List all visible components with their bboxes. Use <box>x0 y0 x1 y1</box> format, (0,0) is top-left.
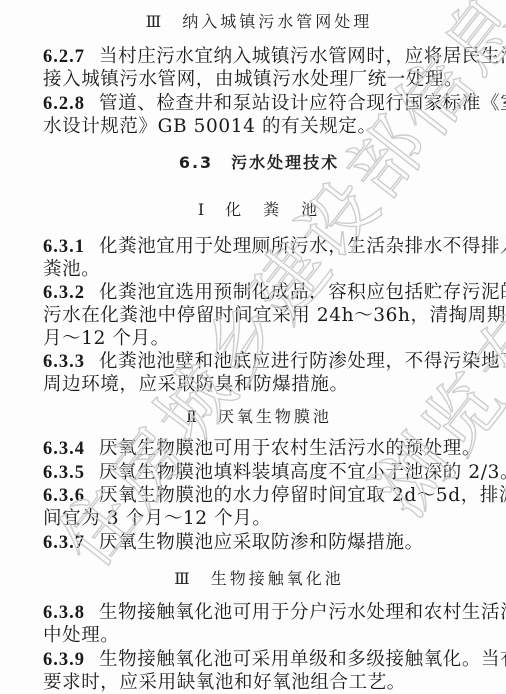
subsection-heading-iii-sewer: Ⅲ纳入城镇污水管网处理 <box>43 9 475 32</box>
clause-6-3-3-line1: 6.3.3化粪池池壁和池底应进行防渗处理，不得污染地下水和 <box>43 350 475 374</box>
clause-6-3-8-line2: 中处理。 <box>43 624 475 647</box>
clause-text: 厌氧生物膜池填料装填高度不宜小于池深的 2/3。 <box>99 462 506 483</box>
clause-6-3-5: 6.3.5厌氧生物膜池填料装填高度不宜小于池深的 2/3。 <box>43 461 475 485</box>
subsection-number: Ⅲ <box>146 12 164 31</box>
subsection-title: 生物接触氧化池 <box>211 569 344 588</box>
clause-6-3-6-line1: 6.3.6厌氧生物膜池的水力停留时间宜取 2d～5d，排泥间隔时 <box>43 484 475 508</box>
subsection-title: 厌氧生物膜池 <box>218 407 332 426</box>
clause-6-2-7-line2: 接入城镇污水管网，由城镇污水处理厂统一处理。 <box>43 68 475 91</box>
subsection-heading-iii-contact-oxidation: Ⅲ生物接触氧化池 <box>43 566 475 589</box>
clause-text: 当村庄污水宜纳入城镇污水管网时，应将居民生活污水 <box>99 46 506 67</box>
clause-6-3-1-line1: 6.3.1化粪池宜用于处理厕所污水，生活杂排水不得排入化 <box>43 235 475 259</box>
section-title: 污水处理技术 <box>231 153 339 172</box>
clause-6-3-7: 6.3.7厌氧生物膜池应采取防渗和防爆措施。 <box>43 531 475 555</box>
clause-text: 生物接触氧化池可采用单级和多级接触氧化。当有脱氮 <box>99 649 506 670</box>
clause-text: 厌氧生物膜池可用于农村生活污水的预处理。 <box>99 438 481 459</box>
clause-number: 6.3.5 <box>43 463 85 483</box>
subsection-heading-i-septic: Ⅰ化 粪 池 <box>43 197 475 220</box>
clause-6-3-8-line1: 6.3.8生物接触氧化池可用于分户污水处理和农村生活污水集 <box>43 601 475 625</box>
clause-number: 6.2.7 <box>43 47 85 67</box>
subsection-title: 纳入城镇污水管网处理 <box>182 12 372 31</box>
clause-6-2-7-line1: 6.2.7当村庄污水宜纳入城镇污水管网时，应将居民生活污水 <box>43 45 475 69</box>
section-heading-6-3: 6.3污水处理技术 <box>43 150 475 173</box>
clause-6-3-2-line3: 月～12 个月。 <box>43 327 475 350</box>
clause-6-3-2-line1: 6.3.2化粪池宜选用预制化成品，容积应包括贮存污泥的容积。 <box>43 281 475 305</box>
clause-6-3-3-line2: 周边环境，应采取防臭和防爆措施。 <box>43 373 475 396</box>
clause-number: 6.3.8 <box>43 603 85 623</box>
clause-6-3-1-line2: 粪池。 <box>43 258 475 281</box>
clause-6-3-4: 6.3.4厌氧生物膜池可用于农村生活污水的预处理。 <box>43 437 475 461</box>
clause-number: 6.2.8 <box>43 94 85 114</box>
clause-text: 管道、检查井和泵站设计应符合现行国家标准《室外排 <box>99 93 506 114</box>
clause-text: 厌氧生物膜池应采取防渗和防爆措施。 <box>99 532 424 553</box>
clause-6-2-8-line1: 6.2.8管道、检查井和泵站设计应符合现行国家标准《室外排 <box>43 92 475 116</box>
clause-text: 厌氧生物膜池的水力停留时间宜取 2d～5d，排泥间隔时 <box>99 485 506 506</box>
section-number: 6.3 <box>179 153 213 172</box>
clause-6-2-8-line2: 水设计规范》GB 50014 的有关规定。 <box>43 115 475 138</box>
subsection-number: Ⅲ <box>174 569 192 588</box>
clause-6-3-9-line2: 要求时，应采用缺氧池和好氧池组合工艺。 <box>43 671 475 694</box>
clause-6-3-2-line2: 污水在化粪池中停留时间宜采用 24h～36h，清掏周期宜为 3 个 <box>43 304 475 327</box>
clause-number: 6.3.4 <box>43 439 85 459</box>
subsection-heading-ii-anaerobic: Ⅱ厌氧生物膜池 <box>43 404 475 427</box>
clause-text: 化粪池池壁和池底应进行防渗处理，不得污染地下水和 <box>99 351 506 372</box>
subsection-number: Ⅱ <box>186 407 200 426</box>
clause-6-3-9-line1: 6.3.9生物接触氧化池可采用单级和多级接触氧化。当有脱氮 <box>43 648 475 672</box>
clause-number: 6.3.7 <box>43 533 85 553</box>
clause-text: 生物接触氧化池可用于分户污水处理和农村生活污水集 <box>99 602 506 623</box>
clause-number: 6.3.2 <box>43 283 85 303</box>
clause-number: 6.3.1 <box>43 237 85 257</box>
subsection-number: Ⅰ <box>198 200 207 219</box>
clause-text: 化粪池宜选用预制化成品，容积应包括贮存污泥的容积。 <box>99 282 506 303</box>
clause-number: 6.3.6 <box>43 486 85 506</box>
clause-number: 6.3.9 <box>43 650 85 670</box>
clause-text: 化粪池宜用于处理厕所污水，生活杂排水不得排入化 <box>99 236 506 257</box>
clause-number: 6.3.3 <box>43 352 85 372</box>
clause-6-3-6-line2: 间宜为 3 个月～12 个月。 <box>43 507 475 530</box>
subsection-title: 化 粪 池 <box>225 200 320 219</box>
